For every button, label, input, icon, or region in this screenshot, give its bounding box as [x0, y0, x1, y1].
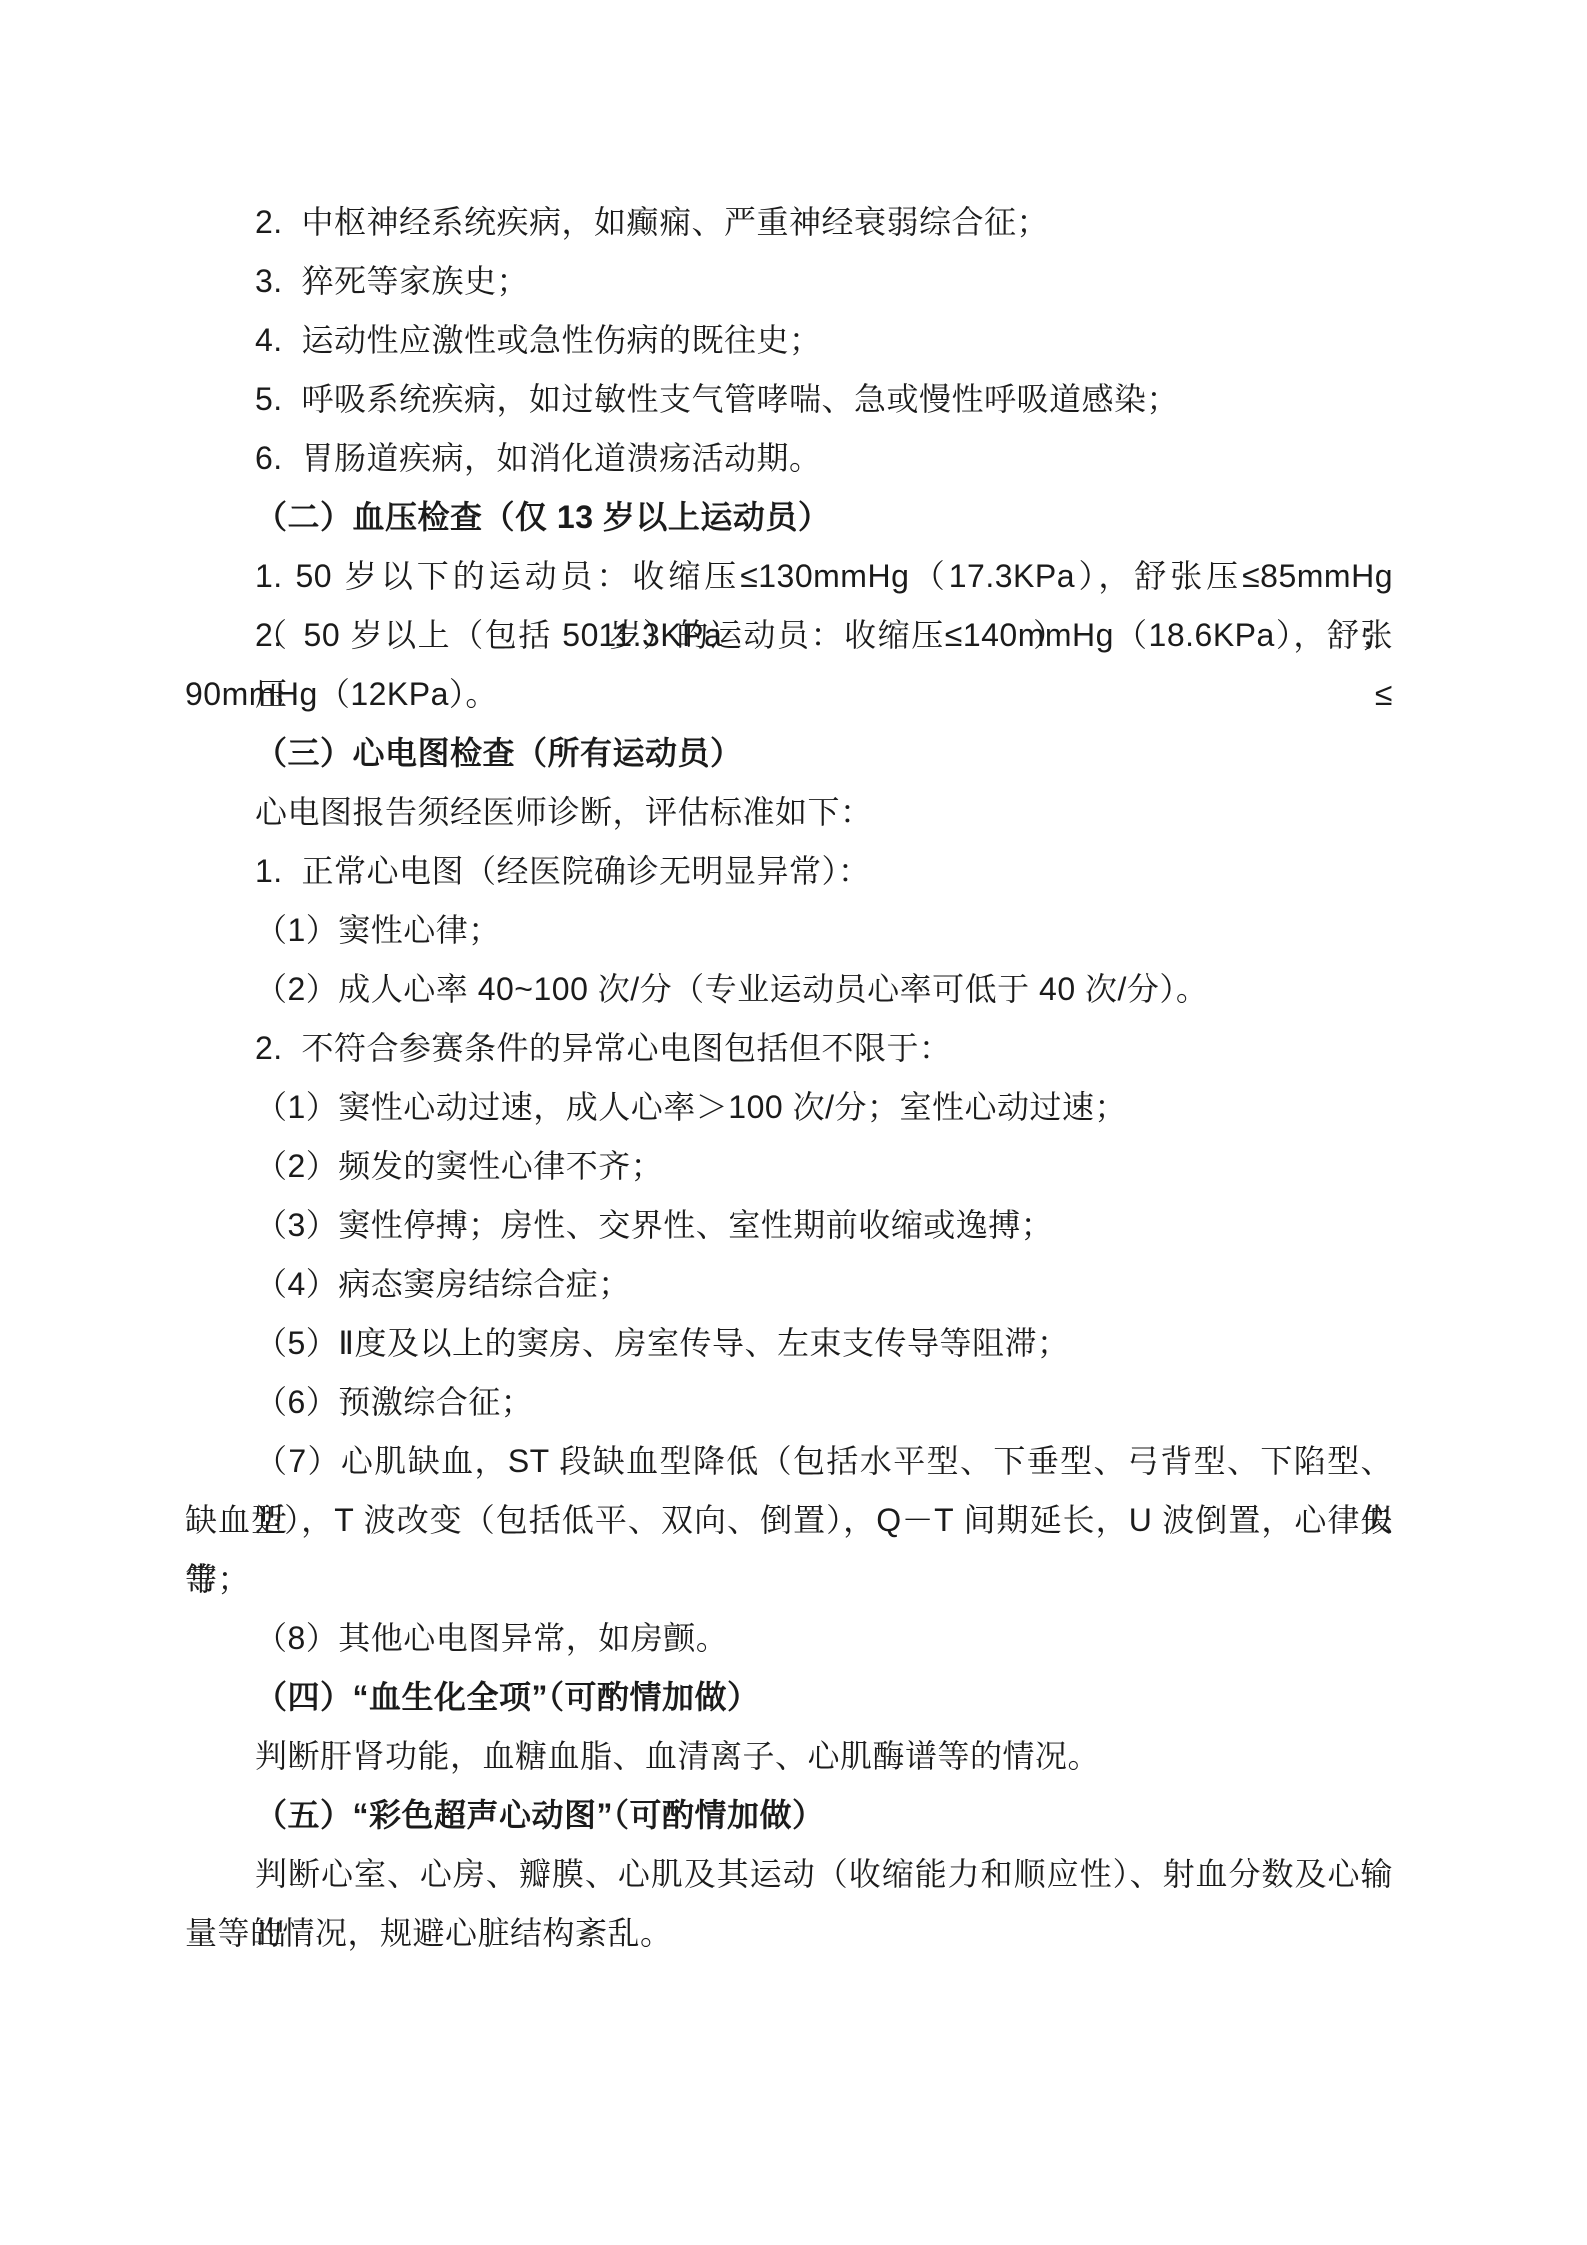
list-item: 3. 猝死等家族史；: [185, 252, 1393, 311]
list-item: （2）成人心率 40~100 次/分（专业运动员心率可低于 40 次/分）。: [185, 960, 1393, 1019]
list-item: （5）Ⅱ度及以上的窦房、房室传导、左束支传导等阻滞；: [185, 1314, 1393, 1373]
list-item: （2）频发的窦性心律不齐；: [185, 1137, 1393, 1196]
list-item: （6）预激综合征；: [185, 1373, 1393, 1432]
paragraph-line: 缺血型），T 波改变（包括低平、双向、倒置），Q－T 间期延长，U 波倒置，心律…: [185, 1491, 1393, 1550]
list-item: （3）窦性停搏；房性、交界性、室性期前收缩或逸搏；: [185, 1196, 1393, 1255]
paragraph-line: 判断肝肾功能，血糖血脂、血清离子、心肌酶谱等的情况。: [185, 1727, 1393, 1786]
document-page: 2. 中枢神经系统疾病，如癫痫、严重神经衰弱综合征； 3. 猝死等家族史； 4.…: [0, 0, 1587, 2245]
list-item: 4. 运动性应激性或急性伤病的既往史；: [185, 311, 1393, 370]
list-item: 2. 不符合参赛条件的异常心电图包括但不限于：: [185, 1019, 1393, 1078]
paragraph-line: 判断心室、心房、瓣膜、心肌及其运动（收缩能力和顺应性）、射血分数及心输出: [185, 1845, 1393, 1904]
section-heading: （二）血压检查（仅 13 岁以上运动员）: [185, 488, 1393, 547]
list-item: （7）心肌缺血，ST 段缺血型降低（包括水平型、下垂型、弓背型、下陷型、近似: [185, 1432, 1393, 1491]
paragraph-line: 量等的情况，规避心脏结构紊乱。: [185, 1904, 1393, 1963]
list-item: 6. 胃肠道疾病，如消化道溃疡活动期。: [185, 429, 1393, 488]
paragraph-line: 心电图报告须经医师诊断，评估标准如下：: [185, 783, 1393, 842]
section-heading: （五）“彩色超声心动图”（可酌情加做）: [185, 1786, 1393, 1845]
list-item: （8）其他心电图异常，如房颤。: [185, 1609, 1393, 1668]
list-item: 1. 正常心电图（经医院确诊无明显异常）：: [185, 842, 1393, 901]
list-item: （1）窦性心动过速，成人心率＞100 次/分；室性心动过速；: [185, 1078, 1393, 1137]
section-heading: （三）心电图检查（所有运动员）: [185, 724, 1393, 783]
list-item: 2. 50 岁以上（包括 50 岁）的运动员：收缩压≤140mmHg（18.6K…: [185, 606, 1393, 665]
list-item: （4）病态窦房结综合症；: [185, 1255, 1393, 1314]
list-item: （1）窦性心律；: [185, 901, 1393, 960]
list-item: 1. 50 岁以下的运动员：收缩压≤130mmHg（17.3KPa），舒张压≤8…: [185, 547, 1393, 606]
document-body: 2. 中枢神经系统疾病，如癫痫、严重神经衰弱综合征； 3. 猝死等家族史； 4.…: [185, 193, 1393, 1963]
list-item: 5. 呼吸系统疾病，如过敏性支气管哮喘、急或慢性呼吸道感染；: [185, 370, 1393, 429]
list-item: 2. 中枢神经系统疾病，如癫痫、严重神经衰弱综合征；: [185, 193, 1393, 252]
section-heading: （四）“血生化全项”（可酌情加做）: [185, 1668, 1393, 1727]
paragraph-line: 等；: [185, 1550, 1393, 1609]
